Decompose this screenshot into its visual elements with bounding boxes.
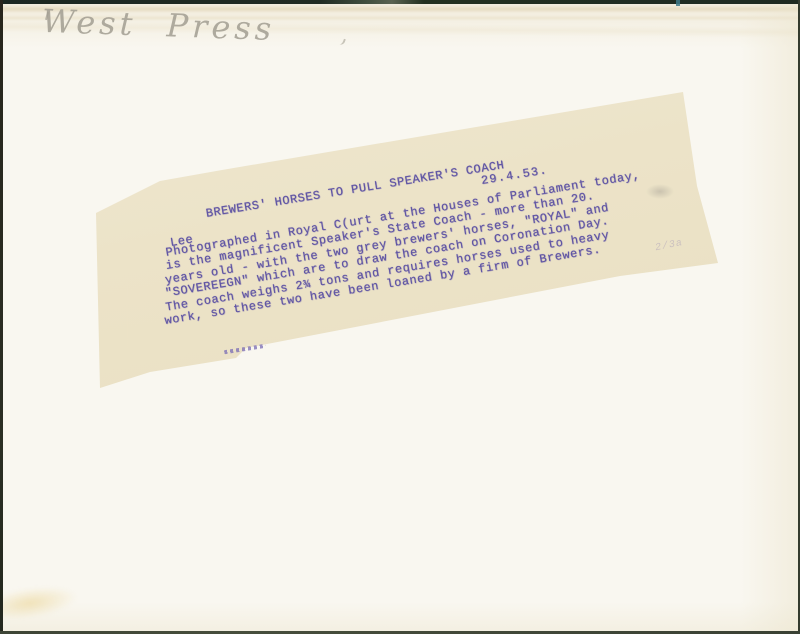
right-edge-tint (740, 0, 800, 634)
photo-top-edge (0, 0, 800, 4)
faint-notation: 2/3a (654, 237, 684, 256)
photo-back: West Press BREWERS' HORSES TO PULL SPEAK… (0, 0, 800, 634)
photo-left-edge (0, 0, 3, 634)
handwritten-agency-credit: West Press (41, 2, 275, 48)
caption-slip: BREWERS' HORSES TO PULL SPEAKER'S COACH … (0, 0, 800, 634)
bottom-edge-tint (0, 602, 800, 634)
blue-ink-tick (676, 0, 680, 6)
